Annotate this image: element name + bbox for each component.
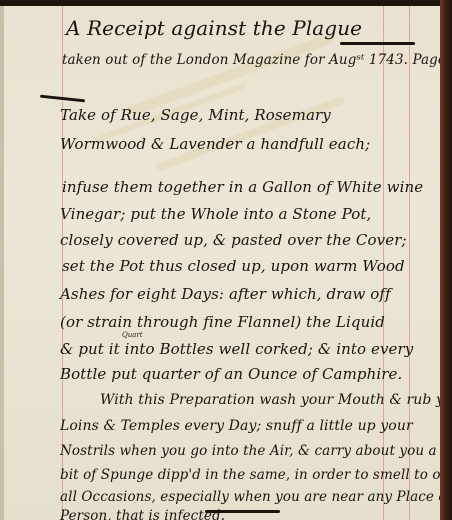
interlinear-note: Quart bbox=[122, 331, 143, 339]
body-line: all Occasions, especially when you are n… bbox=[60, 489, 440, 505]
body-line: closely covered up, & pasted over the Co… bbox=[60, 231, 407, 249]
body-line: set the Pot thus closed up, upon warm Wo… bbox=[62, 257, 405, 275]
body-line: bit of Spunge dipp'd in the same, in ord… bbox=[60, 467, 440, 483]
page-top-edge bbox=[0, 0, 452, 6]
body-line: (or strain through fine Flannel) the Liq… bbox=[60, 313, 385, 331]
body-line: Wormwood & Lavender a handfull each; bbox=[60, 135, 370, 153]
body-line: infuse them together in a Gallon of Whit… bbox=[62, 178, 423, 196]
document-title: A Receipt against the Plague bbox=[66, 16, 362, 40]
document-subtitle: taken out of the London Magazine for Aug… bbox=[62, 52, 440, 68]
body-line: Vinegar; put the Whole into a Stone Pot, bbox=[60, 205, 371, 223]
title-flourish bbox=[340, 42, 415, 45]
body-line: Nostrils when you go into the Air, & car… bbox=[60, 443, 437, 459]
book-binding bbox=[440, 0, 452, 520]
page-edge bbox=[0, 0, 4, 520]
closing-flourish bbox=[205, 510, 280, 513]
body-line: With this Preparation wash your Mouth & … bbox=[100, 392, 440, 408]
body-line: & put it into Bottles well corked; & int… bbox=[60, 340, 413, 358]
body-line: Bottle put quarter of an Ounce of Camphi… bbox=[60, 365, 402, 383]
manuscript-page: A Receipt against the Plague taken out o… bbox=[0, 0, 440, 520]
body-line: Take of Rue, Sage, Mint, Rosemary bbox=[60, 106, 331, 124]
body-line: Person, that is infected. bbox=[60, 508, 225, 520]
body-line: Ashes for eight Days: after which, draw … bbox=[60, 285, 391, 303]
body-line: Loins & Temples every Day; snuff a littl… bbox=[60, 418, 413, 434]
paper-stain bbox=[125, 33, 335, 118]
right-margin-rule-2 bbox=[409, 0, 410, 520]
